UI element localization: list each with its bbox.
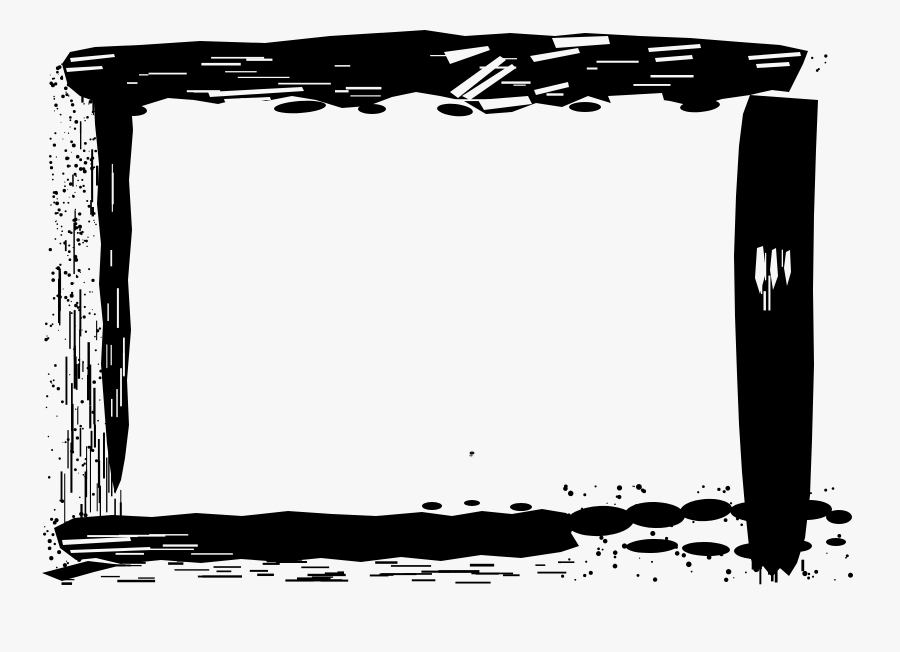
splatter-dot [48,539,52,543]
splatter-dot [99,399,100,400]
splatter-dot [50,75,51,76]
splatter-dot [70,294,74,298]
splatter-dot [46,530,48,532]
splatter-dot [64,182,65,183]
brush-streak [125,562,146,564]
splatter-dot [74,428,77,431]
splatter-dot [81,534,83,536]
splatter-dot [614,556,617,559]
brush-streak [93,388,95,425]
splatter-dot [66,561,67,562]
splatter-dot [71,152,72,153]
splatter-dot [53,201,55,203]
brush-streak [96,563,103,565]
splatter-dot [53,96,55,98]
splatter-dot [82,428,84,430]
splatter-dot [51,272,54,275]
splatter-dot [52,323,54,325]
brush-streak [301,567,329,569]
brush-streak [502,58,517,59]
splatter-dot [88,268,90,270]
splatter-dot [70,165,71,166]
splatter-dot [67,202,69,204]
splatter-dot [807,577,810,580]
splatter-dot [54,110,55,111]
brush-streak [89,365,91,406]
splatter-dot [77,548,78,549]
brush-streak [214,566,242,568]
splatter-dot [595,485,597,487]
splatter-dot [574,579,576,581]
splatter-dot [568,546,570,548]
splatter-dot [717,488,720,491]
brush-streak [405,573,432,575]
splatter-dot [94,313,96,315]
splatter-dot [614,504,616,506]
splatter-dot [784,526,789,531]
splatter-dot [59,264,61,266]
splatter-dot [43,533,46,536]
splatter-dot [78,473,79,474]
splatter-dot [702,485,705,488]
splatter-dot [583,493,586,496]
splatter-dot [725,486,730,491]
splatter-dot [88,205,91,208]
brush-streak [79,289,81,336]
splatter-dot [88,312,90,314]
splatter-dot [76,458,79,461]
splatter-dot [61,78,63,80]
splatter-dot [51,383,52,384]
splatter-dot [617,485,622,490]
splatter-dot [813,501,814,502]
splatter-dot [58,330,59,331]
splatter-dot [58,74,59,75]
brush-streak [335,65,351,67]
splatter-dot [824,489,827,492]
brush-streak [149,73,187,75]
splatter-dot [68,133,69,134]
brush-streak [449,99,495,101]
splatter-dot [568,558,570,560]
grunge-brush-frame [0,0,900,652]
splatter-dot [74,468,77,471]
brush-streak [238,77,290,78]
splatter-dot [78,225,82,229]
splatter-dot [93,77,95,79]
splatter-dot [84,142,87,145]
brush-streak [107,303,108,321]
splatter-dot [846,554,849,557]
splatter-dot [753,566,759,572]
brush-streak [101,576,120,577]
splatter-dot [83,170,87,174]
splatter-dot [82,185,84,187]
splatter-dot [82,378,83,379]
splatter-dot [848,573,853,578]
brush-streak [66,574,75,576]
brush-streak [94,425,96,448]
splatter-dot [602,549,604,551]
splatter-dot [58,65,62,69]
bottom-blob [826,510,852,524]
brush-streak [111,399,112,417]
splatter-dot [59,529,63,533]
splatter-dot [79,92,81,94]
splatter-dot [641,489,644,492]
splatter-dot [812,576,814,578]
brush-streak [82,361,83,372]
splatter-dot [651,561,653,563]
splatter-dot [60,114,62,116]
splatter-dot [79,558,82,561]
splatter-dot [563,486,568,491]
splatter-dot [64,149,67,152]
splatter-dot [78,243,81,246]
splatter-dot [87,88,88,89]
brush-streak [168,562,183,565]
brush-streak [87,535,138,537]
splatter-dot [726,569,731,574]
splatter-dot [74,173,77,176]
splatter-dot [824,54,827,57]
brush-streak [116,553,144,555]
brush-streak [81,86,83,103]
brush-streak [69,311,71,349]
splatter-dot [56,220,57,221]
brush-streak [90,446,91,512]
splatter-dot [69,119,71,121]
splatter-dot [94,222,95,223]
splatter-dot [675,551,680,556]
splatter-dot [61,75,63,77]
splatter-dot [55,192,58,195]
splatter-dot [46,395,48,397]
splatter-dot [84,513,88,517]
splatter-dot [76,155,80,159]
splatter-dot [92,291,93,292]
splatter-dot [63,563,67,567]
splatter-dot [54,509,56,511]
splatter-dot [79,186,82,189]
splatter-dot [675,546,678,549]
splatter-dot [695,517,698,520]
splatter-dot [832,487,835,490]
splatter-dot [69,182,73,186]
splatter-dot [797,531,802,536]
brush-streak [78,364,80,379]
splatter-dot [65,92,66,93]
brush-streak [470,564,494,567]
splatter-dot [62,442,63,443]
splatter-dot [60,536,64,540]
top-edge-blob [358,104,386,114]
brush-streak [98,439,100,488]
brush-streak [211,57,264,59]
brush-streak [108,435,109,492]
brush-streak [767,559,770,572]
splatter-dot [55,221,57,223]
splatter-dot [52,173,54,175]
splatter-dot [733,577,734,578]
brush-streak [116,389,117,417]
splatter-dot [75,175,76,176]
splatter-dot [802,571,807,576]
splatter-dot [76,535,80,539]
brush-streak [91,149,93,202]
splatter-dot [764,564,766,566]
splatter-dot [724,518,728,522]
splatter-dot [72,515,75,518]
brush-streak [62,582,73,585]
brush-streak [320,579,342,581]
splatter-dot [707,555,712,560]
brush-streak [120,368,122,406]
splatter-dot [65,521,68,524]
splatter-dot [845,557,847,559]
artboard [0,0,900,652]
brush-streak [149,534,188,535]
splatter-dot [84,94,85,95]
splatter-dot [89,100,93,104]
brush-streak [257,574,274,576]
splatter-dot [57,212,59,214]
splatter-dot [68,273,71,276]
splatter-dot [69,197,70,198]
splatter-dot [711,553,713,555]
splatter-dot [569,522,571,524]
splatter-dot [637,574,640,577]
splatter-dot [91,279,94,282]
splatter-dot [84,282,85,283]
brush-streak [163,544,198,546]
splatter-dot [70,232,73,235]
splatter-dot [99,376,102,379]
splatter-dot [94,114,95,115]
splatter-dot [57,108,59,110]
brush-streak [346,87,382,90]
splatter-dot [58,208,61,211]
brush-streak [455,582,490,584]
splatter-dot [92,380,96,384]
splatter-dot [814,570,818,574]
splatter-dot [83,150,86,153]
splatter-dot [808,573,810,575]
splatter-dot [597,547,600,550]
splatter-dot [834,579,836,581]
brush-streak [547,93,564,95]
splatter-dot [57,550,61,554]
splatter-dot [682,553,686,557]
splatter-dot [88,103,89,104]
brush-streak [110,250,112,266]
splatter-dot [85,331,87,333]
splatter-dot [51,83,55,87]
brush-streak [651,75,694,77]
splatter-dot [589,571,593,575]
brush-streak [74,346,76,389]
splatter-dot [62,138,63,139]
splatter-dot [64,192,65,193]
brush-streak [768,276,770,311]
brush-streak [92,84,94,111]
splatter-dot [730,502,732,504]
splatter-dot [79,512,83,516]
splatter-dot [74,192,75,193]
brush-streak [480,67,517,69]
brush-streak [379,574,393,576]
splatter-dot [837,534,841,538]
splatter-dot [694,551,697,554]
brush-streak [782,250,783,267]
splatter-dot [60,545,62,547]
brush-streak [513,85,525,86]
brush-streak [90,200,92,215]
splatter-dot [65,157,69,161]
brush-streak [86,446,87,479]
splatter-dot [91,114,92,115]
brush-streak [771,568,774,581]
splatter-dot [65,339,66,340]
splatter-dot [79,158,82,161]
splatter-dot [65,210,67,212]
brush-streak [114,499,116,540]
splatter-dot [64,132,65,133]
splatter-dot [48,476,51,479]
splatter-dot [62,173,64,175]
splatter-dot [52,195,55,198]
splatter-dot [60,234,62,236]
splatter-dot [71,103,74,106]
splatter-dot [79,232,82,235]
splatter-dot [74,120,78,124]
splatter-dot [50,325,52,327]
brush-streak [335,90,349,92]
splatter-dot [61,226,63,228]
splatter-dot [76,275,77,276]
splatter-dot [61,400,64,403]
splatter-dot [78,63,80,65]
top-edge-blob [569,102,601,112]
splatter-dot [93,166,95,168]
brush-streak [106,345,107,369]
splatter-dot [53,191,56,194]
splatter-dot [642,521,644,523]
brush-streak [350,95,380,96]
brush-streak [87,375,89,400]
splatter-dot [74,556,77,559]
brush-streak [96,321,97,341]
splatter-dot [70,99,73,102]
splatter-dot [63,189,66,192]
splatter-dot [76,436,79,439]
splatter-dot [86,200,88,202]
splatter-dot [81,400,84,403]
splatter-dot [61,64,62,65]
splatter-dot [52,314,54,316]
splatter-dot [56,567,58,569]
splatter-dot [603,539,608,544]
splatter-dot [624,519,629,524]
brush-streak [61,471,63,500]
splatter-dot [67,189,68,190]
brush-streak [430,55,468,56]
brush-streak [278,83,331,85]
brush-streak [201,63,240,66]
splatter-dot [54,132,56,134]
splatter-dot [49,161,52,164]
center-speck-dark [470,452,475,455]
splatter-dot [74,127,76,129]
brush-streak [537,572,566,574]
brush-streak [127,82,137,84]
splatter-dot [78,79,81,82]
splatter-dot [59,213,62,216]
splatter-dot [60,533,62,535]
splatter-dot [88,90,90,92]
splatter-dot [811,57,813,59]
splatter-dot [786,489,791,494]
splatter-dot [768,514,769,515]
splatter-dot [89,138,91,140]
splatter-dot [80,272,81,273]
splatter-dot [76,302,78,304]
splatter-dot [56,71,59,74]
brush-streak [138,577,155,578]
splatter-dot [87,237,88,238]
brush-streak [761,269,762,294]
brush-streak [263,563,280,565]
brush-streak [66,357,68,405]
splatter-dot [633,511,637,515]
brush-streak [225,71,257,72]
bottom-blob [422,502,442,510]
splatter-dot [50,138,52,140]
splatter-dot [687,510,692,515]
splatter-dot [75,408,76,409]
splatter-dot [581,508,583,510]
splatter-dot [94,150,97,153]
splatter-dot [69,305,71,307]
bottom-blob [464,500,480,506]
splatter-dot [83,190,86,193]
splatter-dot [45,323,48,326]
splatter-dot [59,457,61,459]
splatter-dot [84,294,86,296]
splatter-dot [804,486,808,490]
brush-streak [100,488,101,531]
splatter-dot [94,336,96,338]
brush-streak [80,122,81,149]
splatter-dot [72,524,73,525]
splatter-dot [101,337,102,338]
splatter-dot [73,283,74,284]
brush-streak [97,565,131,567]
splatter-dot [54,364,57,367]
brush-streak [91,431,93,452]
splatter-dot [561,575,564,578]
brush-streak [308,574,346,576]
brush-streak [217,571,232,573]
splatter-dot [52,179,54,181]
brush-streak [111,451,112,496]
splatter-dot [51,449,53,451]
splatter-dot [603,525,604,526]
splatter-dot [55,238,57,240]
splatter-dot [74,164,78,168]
center-speck-light [469,455,472,457]
splatter-dot [67,562,69,564]
